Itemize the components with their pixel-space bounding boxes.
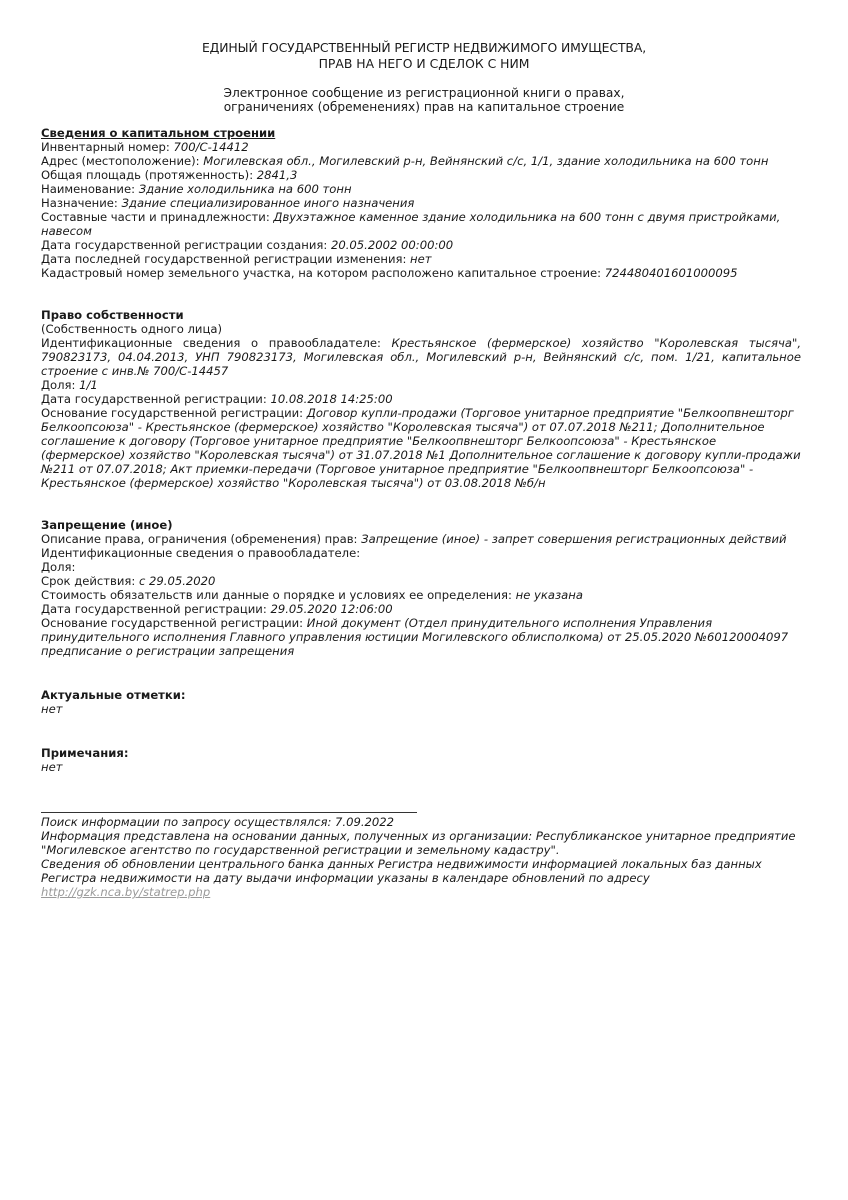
document-body: Сведения о капитальном строении Инвентар… [41,126,801,899]
field-label: Идентификационные сведения о правооблада… [41,336,392,350]
notes-value: нет [41,760,801,774]
ownership-fields: Идентификационные сведения о правооблада… [41,336,801,490]
field-label: Дата государственной регистрации: [41,602,270,616]
field-label: Основание государственной регистрации: [41,616,307,630]
field-row: Описание права, ограничения (обременения… [41,532,801,546]
field-value: 20.05.2002 00:00:00 [331,238,453,252]
search-date-line: Поиск информации по запросу осуществлялс… [41,815,801,829]
field-value: 2841,3 [257,168,298,182]
document-footer: Поиск информации по запросу осуществлялс… [41,812,801,899]
field-label: Доля: [41,378,79,392]
field-row: Доля: [41,560,801,574]
ownership-type: (Собственность одного лица) [41,322,801,336]
field-row: Дата государственной регистрации: 10.08.… [41,392,801,406]
update-calendar-link[interactable]: http://gzk.nca.by/statrep.php [41,885,210,899]
field-row: Инвентарный номер: 700/С-14412 [41,140,801,154]
field-value: Могилевская обл., Могилевский р-н, Вейня… [203,154,768,168]
field-label: Дата последней государственной регистрац… [41,252,410,266]
notes-section: Примечания: нет [41,746,801,774]
field-label: Общая площадь (протяженность): [41,168,257,182]
footer-divider [41,812,417,813]
field-label: Основание государственной регистрации: [41,406,307,420]
field-row: Составные части и принадлежности: Двухэт… [41,210,801,238]
notes-title: Примечания: [41,746,801,760]
field-row: Назначение: Здание специализированное ин… [41,196,801,210]
subtitle-line2: ограничениях (обременениях) прав на капи… [0,100,848,114]
field-value: Здание специализированное иного назначен… [122,196,415,210]
field-row: Стоимость обязательств или данные о поря… [41,588,801,602]
field-row: Основание государственной регистрации: Д… [41,406,801,490]
field-label: Назначение: [41,196,122,210]
field-label: Наименование: [41,182,139,196]
field-value: 724480401601000095 [605,266,738,280]
field-row: Основание государственной регистрации: И… [41,616,801,658]
prohibition-fields: Описание права, ограничения (обременения… [41,532,801,658]
field-label: Доля: [41,560,75,574]
field-label: Адрес (местоположение): [41,154,203,168]
field-label: Описание права, ограничения (обременения… [41,532,361,546]
field-value: Запрещение (иное) - запрет совершения ре… [361,532,786,546]
building-section: Сведения о капитальном строении Инвентар… [41,126,801,280]
field-value: 1/1 [79,378,98,392]
field-row: Доля: 1/1 [41,378,801,392]
field-row: Наименование: Здание холодильника на 600… [41,182,801,196]
field-label: Составные части и принадлежности: [41,210,273,224]
current-marks-value: нет [41,702,801,716]
prohibition-section: Запрещение (иное) Описание права, ограни… [41,518,801,658]
current-marks-section: Актуальные отметки: нет [41,688,801,716]
field-value: 29.05.2020 12:06:00 [270,602,392,616]
source-info-line: Информация представлена на основании дан… [41,829,801,857]
field-label: Кадастровый номер земельного участка, на… [41,266,605,280]
field-value: 700/С-14412 [173,140,248,154]
field-label: Инвентарный номер: [41,140,173,154]
building-section-title: Сведения о капитальном строении [41,126,801,140]
field-value: Здание холодильника на 600 тонн [139,182,352,196]
current-marks-title: Актуальные отметки: [41,688,801,702]
ownership-section: Право собственности (Собственность одног… [41,308,801,490]
field-label: Срок действия: [41,574,139,588]
field-label: Дата государственной регистрации создани… [41,238,331,252]
registry-title-line1: ЕДИНЫЙ ГОСУДАРСТВЕННЫЙ РЕГИСТР НЕДВИЖИМО… [0,40,848,56]
field-label: Дата государственной регистрации: [41,392,270,406]
building-fields: Инвентарный номер: 700/С-14412Адрес (мес… [41,140,801,280]
field-label: Идентификационные сведения о правооблада… [41,546,360,560]
document-subtitle: Электронное сообщение из регистрационной… [0,86,848,114]
field-row: Дата государственной регистрации создани… [41,238,801,252]
field-row: Кадастровый номер земельного участка, на… [41,266,801,280]
document-header: ЕДИНЫЙ ГОСУДАРСТВЕННЫЙ РЕГИСТР НЕДВИЖИМО… [0,40,848,114]
subtitle-line1: Электронное сообщение из регистрационной… [0,86,848,100]
update-info-line: Сведения об обновлении центрального банк… [41,857,801,885]
registry-title-line2: ПРАВ НА НЕГО И СДЕЛОК С НИМ [0,56,848,72]
field-row: Общая площадь (протяженность): 2841,3 [41,168,801,182]
field-row: Идентификационные сведения о правооблада… [41,546,801,560]
prohibition-section-title: Запрещение (иное) [41,518,801,532]
field-row: Идентификационные сведения о правооблада… [41,336,801,378]
ownership-section-title: Право собственности [41,308,801,322]
field-value: не указана [516,588,583,602]
field-row: Дата государственной регистрации: 29.05.… [41,602,801,616]
field-value: 10.08.2018 14:25:00 [270,392,392,406]
field-label: Стоимость обязательств или данные о поря… [41,588,516,602]
field-row: Адрес (местоположение): Могилевская обл.… [41,154,801,168]
field-value: с 29.05.2020 [139,574,215,588]
field-row: Дата последней государственной регистрац… [41,252,801,266]
field-value: нет [410,252,431,266]
field-row: Срок действия: с 29.05.2020 [41,574,801,588]
